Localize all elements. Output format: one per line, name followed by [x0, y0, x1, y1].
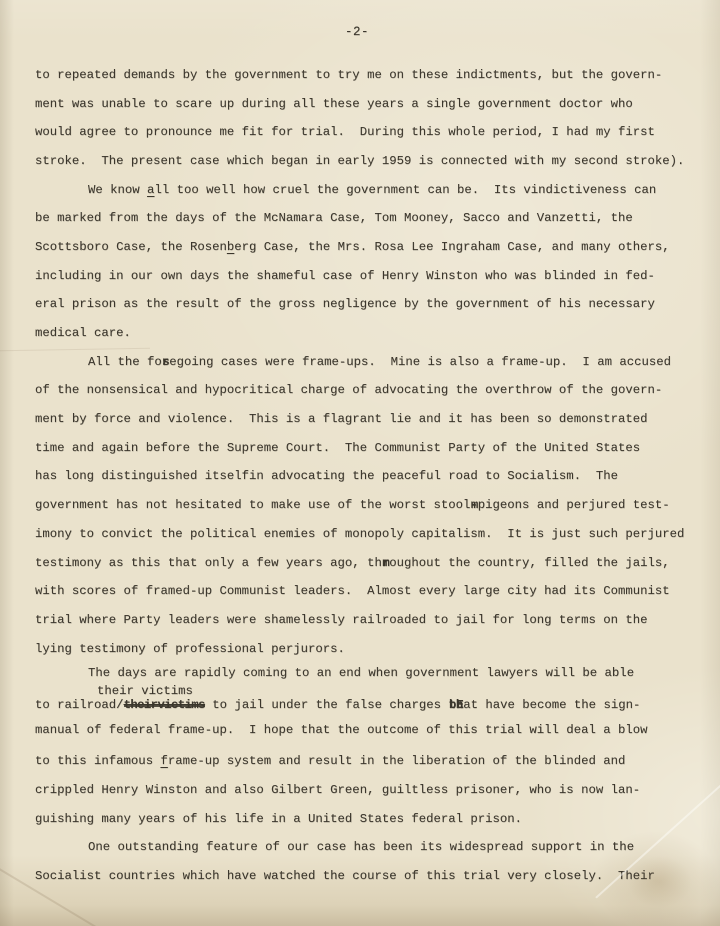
typewritten-line: One outstanding feature of our case has …: [35, 833, 697, 862]
text-run: stroke. The present case which began in …: [35, 154, 684, 168]
typewritten-line: to repeated demands by the government to…: [35, 61, 697, 90]
typewritten-line: to railroad/theirvictims to jail under t…: [35, 698, 697, 713]
text-run: pigeons and perjured test-: [478, 498, 670, 512]
typewritten-line: would agree to pronounce me fit for tria…: [35, 118, 697, 147]
underlined-char: a: [147, 183, 154, 197]
underlined-char: f: [160, 754, 167, 768]
text-run: to this infamous: [35, 754, 160, 768]
typewritten-line: stroke. The present case which began in …: [35, 147, 697, 176]
text-run: trial where Party leaders were shameless…: [35, 613, 648, 627]
typewritten-line: be marked from the days of the McNamara …: [35, 204, 697, 233]
text-run: lying testimony of professional perjuror…: [35, 642, 345, 656]
typewritten-line: crippled Henry Winston and also Gilbert …: [35, 776, 697, 805]
text-run: to jail under the false charges: [205, 698, 449, 712]
text-run: erg Case, the Mrs. Rosa Lee Ingraham Cas…: [234, 240, 669, 254]
text-run: be marked from the days of the McNamara …: [35, 211, 633, 225]
text-run: The days are rapidly coming to an end wh…: [88, 666, 634, 680]
typewritten-line: has long distinguished itselfin advocati…: [35, 462, 697, 491]
text-run: ment was unable to scare up during all t…: [35, 97, 633, 111]
typewritten-line: of the nonsensical and hypocritical char…: [35, 376, 697, 405]
text-run: eral prison as the result of the gross n…: [35, 297, 655, 311]
typewritten-line: testimony as this that only a few years …: [35, 548, 697, 577]
text-run: at have become the sign-: [463, 698, 640, 712]
text-run: with scores of framed-up Communist leade…: [35, 584, 670, 598]
typewritten-line: ment was unable to scare up during all t…: [35, 89, 697, 118]
typewritten-line: trial where Party leaders were shameless…: [35, 606, 697, 635]
typewritten-line: government has not hesitated to make use…: [35, 491, 697, 520]
typewritten-line: medical care.: [35, 319, 697, 348]
text-run: manual of federal frame-up. I hope that …: [35, 723, 648, 737]
text-run: ment by force and violence. This is a fl…: [35, 412, 648, 426]
typewritten-line: All the foregoing cases were frame-ups. …: [35, 347, 697, 376]
interline-insertion: their victims: [35, 684, 697, 698]
text-run: to repeated demands by the government to…: [35, 68, 662, 82]
text-run: All the fo: [88, 355, 162, 369]
overstruck-char: -: [470, 498, 477, 512]
typewritten-line: Scottsboro Case, the Rosenberg Case, the…: [35, 233, 697, 262]
underlined-char: b: [227, 240, 234, 254]
text-run: their victims: [97, 684, 193, 698]
text-run: including in our own days the shameful c…: [35, 269, 655, 283]
typewritten-line: Socialist countries which have watched t…: [35, 862, 697, 891]
text-run: to railroad/: [35, 698, 124, 712]
typewritten-line: ment by force and violence. This is a fl…: [35, 405, 697, 434]
overstruck-char: h: [456, 698, 463, 712]
text-run: would agree to pronounce me fit for tria…: [35, 125, 655, 139]
text-run: crippled Henry Winston and also Gilbert …: [35, 783, 640, 797]
document-body: to repeated demands by the government to…: [35, 61, 697, 891]
text-run: Scottsboro Case, the Rosen: [35, 240, 227, 254]
typewritten-line: with scores of framed-up Communist leade…: [35, 577, 697, 606]
text-run: medical care.: [35, 326, 131, 340]
text-run: guishing many years of his life in a Uni…: [35, 812, 522, 826]
typewritten-line: eral prison as the result of the gross n…: [35, 290, 697, 319]
typewritten-line: We know all too well how cruel the gover…: [35, 175, 697, 204]
typewritten-line: imony to convict the political enemies o…: [35, 520, 697, 549]
text-run: One outstanding feature of our case has …: [88, 840, 634, 854]
typewritten-line: manual of federal frame-up. I hope that …: [35, 713, 697, 747]
text-run: rame-up system and result in the liberat…: [168, 754, 626, 768]
typewritten-line: time and again before the Supreme Court.…: [35, 433, 697, 462]
text-run: of the nonsensical and hypocritical char…: [35, 383, 662, 397]
overstruck-char: t: [448, 698, 455, 712]
overstruck-char: r: [382, 556, 389, 570]
struck-out-correction: theirvictims: [124, 698, 205, 712]
typewritten-line: lying testimony of professional perjuror…: [35, 634, 697, 663]
typewritten-line: to this infamous frame-up system and res…: [35, 747, 697, 776]
text-run: We know: [88, 183, 147, 197]
text-run: has long distinguished itselfin advocati…: [35, 469, 618, 483]
typewritten-line: including in our own days the shameful c…: [35, 261, 697, 290]
text-run: Socialist countries which have watched t…: [35, 869, 655, 883]
text-run: testimony as this that only a few years …: [35, 556, 382, 570]
typewritten-line: guishing many years of his life in a Uni…: [35, 804, 697, 833]
document-page: -2- to repeated demands by the governmen…: [0, 0, 720, 926]
overstruck-char: r: [162, 355, 169, 369]
text-run: egoing cases were frame-ups. Mine is als…: [169, 355, 671, 369]
text-run: oughout the country, filled the jails,: [389, 556, 669, 570]
text-run: time and again before the Supreme Court.…: [35, 441, 640, 455]
typewritten-line: The days are rapidly coming to an end wh…: [35, 663, 697, 684]
text-run: imony to convict the political enemies o…: [35, 527, 684, 541]
text-run: government has not hesitated to make use…: [35, 498, 470, 512]
page-number: -2-: [0, 24, 714, 40]
text-run: ll too well how cruel the government can…: [154, 183, 656, 197]
